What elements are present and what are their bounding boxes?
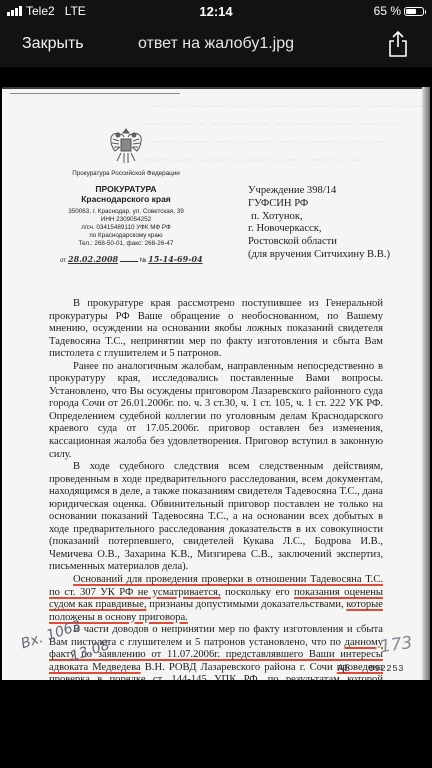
recipient-line: (для вручения Ситчихину В.В.) xyxy=(248,249,390,262)
recipient-line: Учреждение 398/14 xyxy=(248,185,390,198)
sender-block: Прокуратура Российской Федерации ПРОКУРА… xyxy=(46,170,206,264)
sender-title2: Краснодарского края xyxy=(46,194,206,204)
sender-region: по Краснодарскому краю xyxy=(46,232,206,240)
sender-inn: ИНН 2309054252 xyxy=(46,216,206,224)
battery-percent: 65 % xyxy=(374,4,401,18)
bleed-through-text: ~~~~~ ~ ~~~~~~ ~~~~~~~~ ~~~~ xyxy=(142,117,399,131)
recipient-line: Ростовской области xyxy=(248,236,390,249)
recipient-line: п. Хотунок, xyxy=(248,211,390,224)
number-prefix: № xyxy=(140,257,147,264)
coat-of-arms-icon xyxy=(107,125,145,167)
paper-edge xyxy=(422,87,430,680)
document-image[interactable]: ~~~ ~~~~~~ ~~~~~~~~~~~ ~~~~~~~ ~~ ~~~~~ … xyxy=(2,87,430,680)
date-number-line: от 28.02.2008 № 15-14-69-04 xyxy=(46,254,206,264)
text-span: в порядке ст. 144-145 УПК РФ, по результ… xyxy=(49,674,383,680)
bleed-through-text: ~~~ ~~~~~~ ~~~~~~~~~~~ ~~~~~~~ ~~ xyxy=(152,99,430,113)
recipient-line: г. Новочеркасск, xyxy=(248,223,390,236)
date-prefix: от xyxy=(60,257,66,264)
sender-phone: Тел.: 268-50-01, факс: 268-26-47 xyxy=(46,240,206,248)
letter-body: В прокуратуре края рассмотрено поступивш… xyxy=(49,298,383,680)
text-span: поскольку его xyxy=(221,587,294,598)
text-span: признаны допустимыми доказательствами, xyxy=(146,599,346,610)
paragraph-1: В прокуратуре края рассмотрено поступивш… xyxy=(49,298,383,361)
status-bar: Tele2 LTE 12:14 65 % xyxy=(0,0,432,24)
form-series: АБ xyxy=(338,663,351,673)
battery-icon xyxy=(404,7,424,16)
letter-date: 28.02.2008 xyxy=(68,254,118,264)
scan-line xyxy=(10,93,180,94)
handwritten-page-number: 173 xyxy=(379,633,414,657)
bleed-through-text: ~~~~~ ~~~~~~~~~~~ ~~~~~ ~ xyxy=(142,153,375,167)
clock: 12:14 xyxy=(0,4,432,19)
paragraph-4: Оснований для проведения проверки в отно… xyxy=(49,574,383,624)
letter-number: 15-14-69-04 xyxy=(148,254,203,264)
image-viewer[interactable]: ~~~ ~~~~~~ ~~~~~~~~~~~ ~~~~~~~ ~~ ~~~~~ … xyxy=(0,67,432,768)
bleed-through-text: ~~~~~~ ~~~~~~ ~~~~~~~ ~~~ xyxy=(152,135,385,149)
share-button[interactable] xyxy=(387,30,409,58)
text-span: В.Н. РОВД Лазаревского района г. Сочи xyxy=(141,662,337,673)
sender-address: 350063, г. Краснодар, ул. Советская, 39 xyxy=(46,208,206,216)
close-button[interactable]: Закрыть xyxy=(22,35,84,53)
sender-title1: ПРОКУРАТУРА xyxy=(46,184,206,194)
sender-account: л/сч. 03415489110 УФК МФ РФ xyxy=(46,224,206,232)
recipient-line: ГУФСИН РФ xyxy=(248,198,390,211)
paragraph-3: В ходе судебного следствия всем следстве… xyxy=(49,461,383,574)
recipient-block: Учреждение 398/14 ГУФСИН РФ п. Хотунок, … xyxy=(248,185,390,262)
share-icon xyxy=(387,30,409,58)
paragraph-2: Ранее по аналогичным жалобам, направленн… xyxy=(49,361,383,461)
nav-bar: Закрыть ответ на жалобу1.jpg xyxy=(0,24,432,67)
sender-line1: Прокуратура Российской Федерации xyxy=(46,170,206,178)
form-number: 092253 xyxy=(369,664,404,674)
form-code: АБ092253 xyxy=(338,663,404,674)
battery-info: 65 % xyxy=(374,4,424,18)
